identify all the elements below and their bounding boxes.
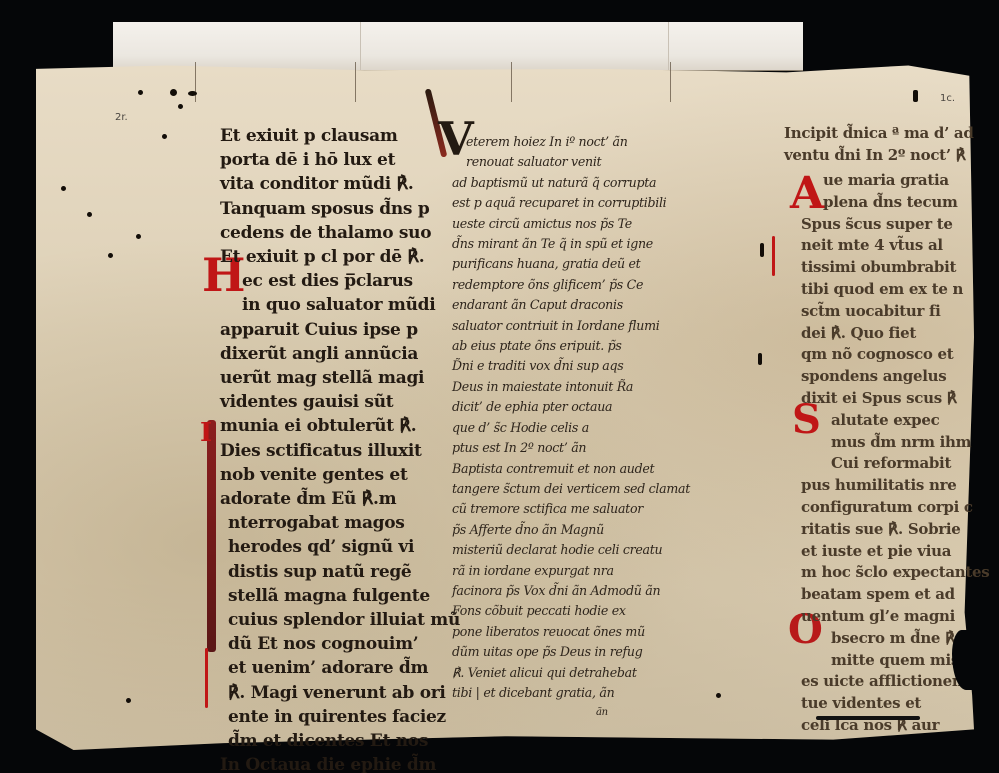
tape-seam: [360, 22, 361, 70]
rubric-line: In Octaua die ephie d̃m: [220, 753, 460, 773]
wormhole: [61, 186, 66, 191]
text-line: dei ℟. Quo fiet: [801, 323, 989, 345]
wormhole: [136, 234, 141, 239]
text-line: Spus s̃cus super te: [801, 214, 989, 236]
text-line: adorate d̃m Eũ ℟.m: [220, 487, 460, 511]
text-line: endarant ãn Caput draconis: [452, 295, 690, 315]
text-line: porta dē i hō lux et: [220, 148, 460, 172]
text-line: distis sup natũ regẽ: [220, 560, 460, 584]
text-line: Tanquam sposus d̃ns p: [220, 197, 460, 221]
text-line: Et exiuit p clausam: [220, 124, 460, 148]
text-line: Cui reformabit: [831, 453, 989, 475]
text-line: et uenim’ adorare d̃m: [220, 656, 460, 680]
text-line: tue videntes et: [801, 693, 989, 715]
rubric-heading: Incipit d̃nica ª ma d’ ad: [784, 122, 974, 144]
text-line: cedens de thalamo suo: [220, 221, 460, 245]
text-line: saluator contriuit in Iordane flumi: [452, 316, 690, 336]
initial-i: I: [200, 418, 212, 448]
wormhole: [188, 91, 197, 96]
paper-tape-strip: [113, 22, 803, 71]
text-line: d̃ns mirant ãn Te q̃ in spũ et igne: [452, 234, 690, 254]
text-line: redemptore õns glificem’ p̃s Ce: [452, 275, 690, 295]
text-line: tissimi obumbrabit: [801, 257, 989, 279]
text-line: stellã magna fulgente: [220, 584, 460, 608]
text-line: m hoc s̃clo expectantes: [801, 562, 989, 584]
wormhole: [87, 212, 92, 217]
text-line: rã in iordane expurgat nra: [452, 561, 690, 581]
text-line: Fons cõbuit peccati hodie ex: [452, 601, 690, 621]
text-line: plena d̃ns tecum: [823, 192, 989, 214]
text-line: p̃s Afferte d̃no ãn Magnũ: [452, 520, 690, 540]
text-line: tangere s̃ctum dei verticem sed clamat: [452, 479, 690, 499]
text-line: facinora p̃s Vox d̃ni ãn Admodũ ãn: [452, 581, 690, 601]
wormhole: [162, 134, 167, 139]
text-line: alutate expec: [831, 410, 989, 432]
text-line: ad baptismũ ut naturã q̃ corrupta: [452, 173, 690, 193]
tear-line: [670, 62, 671, 102]
text-line: d̃m et dicentes Et nos: [220, 729, 460, 753]
tear-line: [511, 62, 512, 102]
text-line: dixerũt angli annũcia: [220, 342, 460, 366]
paragraph-mark: [205, 648, 208, 708]
text-line: Deus in maiestate intonuit R̃a: [452, 377, 690, 397]
text-line: vita conditor mũdi ℟.: [220, 172, 460, 196]
paragraph-mark: [772, 236, 775, 276]
text-line: uentum gl’e magni: [801, 606, 989, 628]
rubric-line: dicit’ de ephia pter octaua: [452, 397, 690, 417]
text-line: est p aquã recuparet in corruptibili: [452, 193, 690, 213]
text-line: dixit ei Spus scus ℟: [801, 388, 989, 410]
text-line: herodes qd’ signũ vi: [220, 535, 460, 559]
text-line: cũ tremore sctifica me saluator: [452, 499, 690, 519]
ink-rule: [816, 716, 920, 720]
text-line: tibi quod em ex te n: [801, 279, 989, 301]
ink-blot: [758, 353, 762, 365]
text-line: apparuit Cuius ipse p: [220, 318, 460, 342]
text-line: misteriũ declarat hodie celi creatu: [452, 540, 690, 560]
rubric-heading: ventu d̃ni In 2º noct’ ℟: [784, 144, 974, 166]
text-line: sct̃m uocabitur fi: [801, 301, 989, 323]
text-line: uerũt mag stellã magi: [220, 366, 460, 390]
folio-number-right: 1c.: [940, 93, 955, 104]
text-line: nob venite gentes et: [220, 463, 460, 487]
wormhole: [716, 693, 721, 698]
text-line: ueste circũ amictus nos p̃s Te: [452, 214, 690, 234]
tear-line: [195, 62, 196, 102]
text-line: ente in quirentes faciez: [220, 705, 460, 729]
text-line: ℟. Veniet alicui qui detrahebat: [452, 663, 690, 683]
text-line: qm nõ cognosco et: [801, 344, 989, 366]
text-line: neit mte 4 vt̃us al: [801, 235, 989, 257]
column-left: Et exiuit p clausam porta dē i hō lux et…: [220, 124, 460, 773]
text-line: configuratum corpi c: [801, 497, 989, 519]
text-line: pone liberatos reuocat õnes mũ: [452, 622, 690, 642]
text-line: D̃ni e traditi vox d̃ni sup aqs: [452, 356, 690, 376]
wormhole: [126, 698, 131, 703]
text-line: mus d̃m nrm ihm: [831, 432, 989, 454]
ink-blot: [760, 243, 764, 257]
text-line: ℟. Magi venerunt ab ori: [220, 681, 460, 705]
text-line: eterem hoiez In iº noct’ ãn: [466, 132, 690, 152]
text-line: Et exiuit p cl por dē ℟.: [220, 245, 460, 269]
wormhole: [138, 90, 143, 95]
text-line: videntes gauisi sũt: [220, 390, 460, 414]
text-line: que d’ s̃c Hodie celis a: [452, 418, 690, 438]
text-line: tibi | et dicebant gratia, ãn: [452, 683, 690, 703]
tape-seam: [668, 22, 669, 70]
text-line: pus humilitatis nre: [801, 475, 989, 497]
text-line: ritatis sue ℟. Sobrie: [801, 519, 989, 541]
initial-i-stroke: [207, 420, 216, 652]
text-line: renouat saluator venit: [466, 152, 690, 172]
text-line: dũm uitas ope p̃s Deus in refug: [452, 642, 690, 662]
folio-number-left: 2r.: [115, 112, 128, 123]
text-line: ab eius ptate õns eripuit. p̃s: [452, 336, 690, 356]
column-right-heading: Incipit d̃nica ª ma d’ ad ventu d̃ni In …: [784, 122, 974, 166]
text-line: beatam spem et ad: [801, 584, 989, 606]
column-middle: eterem hoiez In iº noct’ ãn renouat sal…: [466, 132, 690, 724]
tear-line: [355, 62, 356, 102]
initial-a: A: [790, 168, 824, 219]
text-line: in quo saluator mũdi: [220, 293, 460, 317]
text-line: nterrogabat magos: [220, 511, 460, 535]
text-line: ec est dies p̅clarus: [220, 269, 460, 293]
wormhole: [178, 104, 183, 109]
wormhole: [108, 253, 113, 258]
text-line: munia ei obtulerũt ℟.: [220, 414, 460, 438]
text-line: Baptista contremuit et non audet: [452, 459, 690, 479]
text-line: dũ Et nos cognouim’: [220, 632, 460, 656]
text-line: ue maria gratia: [823, 170, 989, 192]
text-line: cuius splendor illuiat mũ: [220, 608, 460, 632]
wormhole: [170, 89, 177, 96]
text-line: purificans huana, gratia deũ et: [452, 254, 690, 274]
catchword: ãn: [596, 703, 690, 723]
text-line: spondens angelus: [801, 366, 989, 388]
text-line: ptus est In 2º noct’ ãn: [452, 438, 690, 458]
text-line: et iuste et pie viua: [801, 541, 989, 563]
ink-blot: [913, 90, 918, 102]
text-line: Dies sctificatus illuxit: [220, 439, 460, 463]
